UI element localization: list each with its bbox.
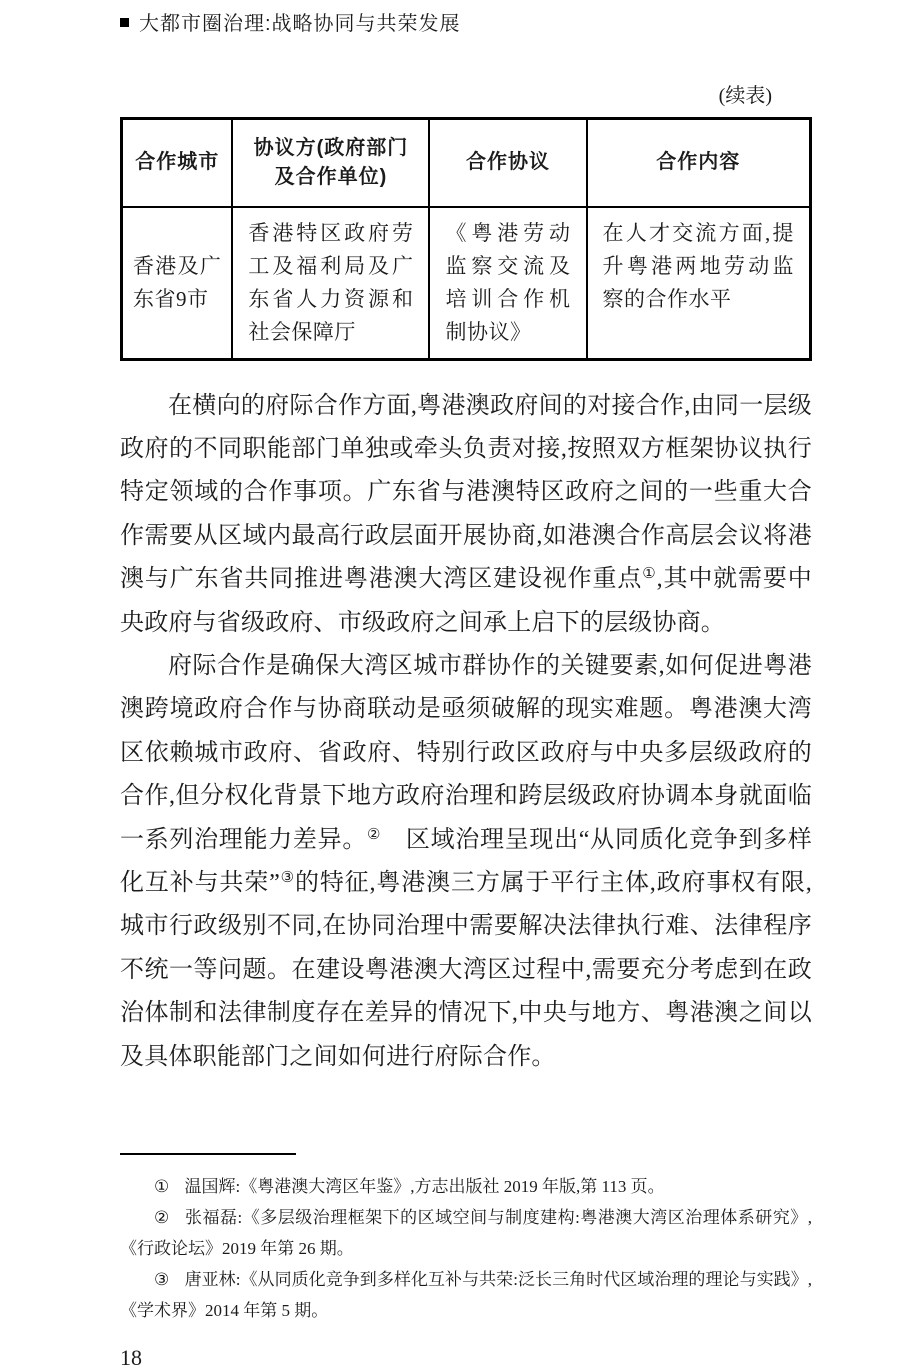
table-header-row: 合作城市协议方(政府部门 及合作单位)合作协议合作内容 (122, 119, 811, 207)
cooperation-table: 合作城市协议方(政府部门 及合作单位)合作协议合作内容 香港及广东省9市香港特区… (120, 117, 812, 361)
body-paragraph: 在横向的府际合作方面,粤港澳政府间的对接合作,由同一层级政府的不同职能部门单独或… (120, 385, 812, 645)
book-page: 大都市圈治理:战略协同与共荣发展 (续表) 合作城市协议方(政府部门 及合作单位… (0, 0, 912, 1370)
table-cell: 香港及广东省9市 (122, 207, 233, 360)
table-cell: 在人才交流方面,提升粤港两地劳动监察的合作水平 (587, 207, 811, 360)
table-continued-label: (续表) (120, 84, 812, 108)
footnote-marker: ③ (154, 1270, 169, 1289)
table-header-cell: 合作内容 (587, 119, 811, 207)
table-cell: 香港特区政府劳工及福利局及广东省人力资源和社会保障厅 (232, 207, 429, 360)
running-header-title: 大都市圈治理:战略协同与共荣发展 (139, 13, 461, 35)
table-header-cell: 合作城市 (122, 119, 233, 207)
table-cell: 《粤港劳动监察交流及培训合作机制协议》 (429, 207, 586, 360)
page-number: 18 (120, 1344, 812, 1370)
footnote-reference: ② (367, 827, 381, 843)
footnote-text: 温国辉:《粤港澳大湾区年鉴》,方志出版社 2019 年版,第 113 页。 (185, 1177, 665, 1196)
section-marker-icon (120, 18, 129, 27)
running-header: 大都市圈治理:战略协同与共荣发展 (120, 0, 812, 36)
body-paragraphs: 在横向的府际合作方面,粤港澳政府间的对接合作,由同一层级政府的不同职能部门单独或… (120, 385, 812, 1080)
table-body: 香港及广东省9市香港特区政府劳工及福利局及广东省人力资源和社会保障厅《粤港劳动监… (122, 207, 811, 360)
table-head: 合作城市协议方(政府部门 及合作单位)合作协议合作内容 (122, 119, 811, 207)
footnote: ①温国辉:《粤港澳大湾区年鉴》,方志出版社 2019 年版,第 113 页。 (120, 1171, 812, 1202)
footnote-text: 唐亚林:《从同质化竞争到多样化互补与共荣:泛长三角时代区域治理的理论与实践》,《… (120, 1270, 812, 1320)
page-content: 大都市圈治理:战略协同与共荣发展 (续表) 合作城市协议方(政府部门 及合作单位… (120, 0, 812, 1370)
table-header-cell: 协议方(政府部门 及合作单位) (232, 119, 429, 207)
footnote: ③唐亚林:《从同质化竞争到多样化互补与共荣:泛长三角时代区域治理的理论与实践》,… (120, 1264, 812, 1326)
table-header-cell: 合作协议 (429, 119, 586, 207)
footnote: ②张福磊:《多层级治理框架下的区域空间与制度建构:粤港澳大湾区治理体系研究》,《… (120, 1202, 812, 1264)
body-paragraph: 府际合作是确保大湾区城市群协作的关键要素,如何促进粤港澳跨境政府合作与协商联动是… (120, 645, 812, 1079)
footnote-reference: ① (642, 566, 656, 582)
footnote-marker: ② (154, 1208, 170, 1227)
table-row: 香港及广东省9市香港特区政府劳工及福利局及广东省人力资源和社会保障厅《粤港劳动监… (122, 207, 811, 360)
footnote-marker: ① (154, 1177, 169, 1196)
footnote-reference: ③ (280, 870, 295, 886)
footnotes: ①温国辉:《粤港澳大湾区年鉴》,方志出版社 2019 年版,第 113 页。②张… (120, 1171, 812, 1326)
footnote-divider (120, 1153, 296, 1155)
footnote-text: 张福磊:《多层级治理框架下的区域空间与制度建构:粤港澳大湾区治理体系研究》,《行… (120, 1208, 812, 1258)
